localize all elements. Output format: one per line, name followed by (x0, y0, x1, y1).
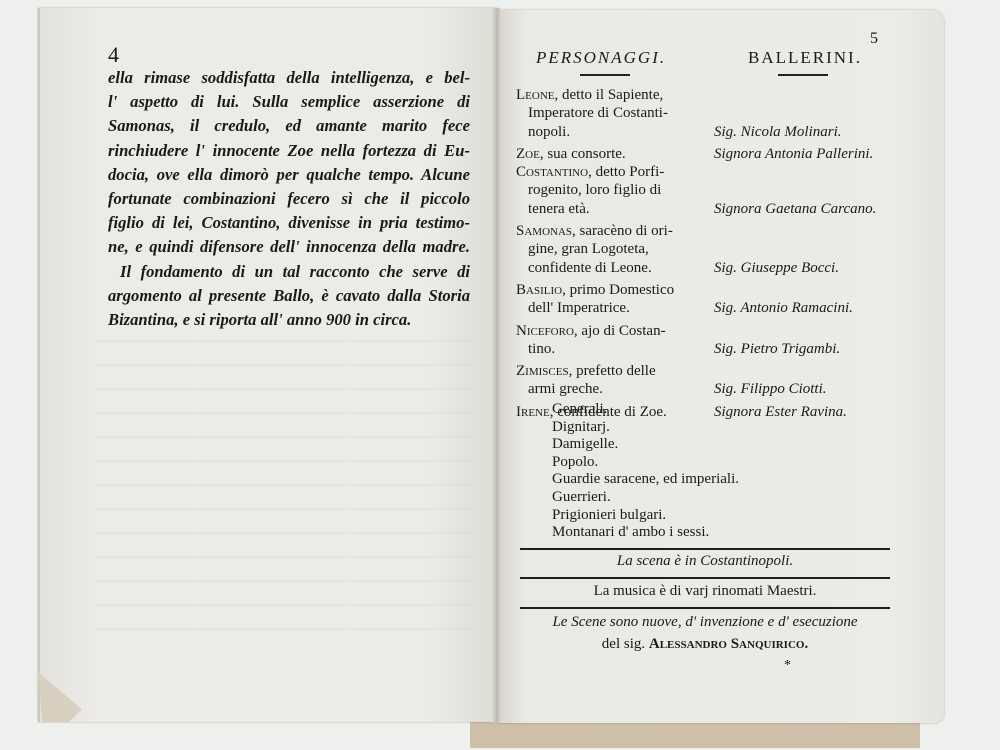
extras-item: Guardie saracene, ed imperiali. (552, 471, 739, 489)
cast-entry: Leone, detto il Sapiente,Imperatore di C… (516, 86, 916, 141)
actor-name: Sig. Antonio Ramacini. (714, 299, 853, 317)
role-description: Costantino, detto Porfi-rogenito, loro f… (516, 163, 706, 218)
text-line: rinchiudere l' innocente Zoe nella forte… (108, 139, 470, 163)
cast-entry: Basilio, primo Domesticodell' Imperatric… (516, 281, 916, 318)
role-name: Basilio (516, 282, 562, 298)
text-line: figlio di lei, Costantino, divenisse in … (108, 211, 470, 235)
role-name: Niceforo (516, 323, 574, 339)
cast-entry: Zoe, sua consorte. Signora Antonia Palle… (516, 145, 916, 163)
actor-name: Sig. Giuseppe Bocci. (714, 259, 839, 277)
paragraph-1: ella rimase soddisfatta della intelligen… (108, 66, 470, 260)
extras-item: Generali. (552, 401, 739, 419)
cast-entry: Niceforo, ajo di Costan-tino. Sig. Pietr… (516, 322, 916, 359)
role-name: Zoe (516, 146, 540, 162)
text-line: fortunate combinazioni fecero sì che il … (108, 187, 470, 211)
cast-entry: Zimisces, prefetto dellearmi greche. Sig… (516, 362, 916, 399)
role-description: Niceforo, ajo di Costan-tino. (516, 322, 706, 359)
header-rule-right (778, 74, 828, 76)
role-name: Leone (516, 87, 555, 103)
actor-name: Sig. Pietro Trigambi. (714, 340, 840, 358)
extras-item: Popolo. (552, 454, 739, 472)
header-rule-left (580, 74, 630, 76)
designer-name: Alessandro Sanquirico. (649, 636, 808, 652)
text-line: l' aspetto di lui. Sulla semplice asserz… (108, 90, 470, 114)
text-line: argomento al presente Ballo, è cavato da… (108, 284, 470, 308)
extras-item: Damigelle. (552, 436, 739, 454)
page-number-left: 4 (108, 42, 119, 68)
text-line: docia, ove ella dimorò per qualche tempo… (108, 163, 470, 187)
role-name: Zimisces (516, 363, 569, 379)
book-gutter (493, 8, 501, 723)
page-number-right: 5 (870, 30, 878, 48)
actor-name: Sig. Nicola Molinari. (714, 123, 842, 141)
actor-name: Signora Gaetana Carcano. (714, 200, 876, 218)
cast-entry: Costantino, detto Porfi-rogenito, loro f… (516, 163, 916, 218)
role-description: Zimisces, prefetto dellearmi greche. (516, 362, 706, 399)
header-personaggi: PERSONAGGI. (536, 48, 666, 68)
header-ballerini: BALLERINI. (748, 48, 862, 68)
scenery-designer-line: del sig. Alessandro Sanquirico. (520, 636, 890, 653)
paragraph-2: Il fondamento di un tal racconto che ser… (108, 260, 470, 333)
cast-entry: Samonas, saracèno di ori-gine, gran Logo… (516, 222, 916, 277)
role-description: Leone, detto il Sapiente,Imperatore di C… (516, 86, 706, 141)
divider-rule (520, 548, 890, 550)
text-line: ella rimase soddisfatta della intelligen… (108, 66, 470, 90)
role-name: Costantino (516, 164, 588, 180)
role-name: Samonas (516, 223, 572, 239)
ornament-asterisk: * (784, 658, 791, 674)
narrative-text: ella rimase soddisfatta della intelligen… (108, 66, 470, 332)
divider-rule (520, 577, 890, 579)
text-line: ne, e quindi difensore dell' innocenza d… (108, 235, 470, 259)
extras-list: Generali. Dignitarj. Damigelle. Popolo. … (552, 401, 739, 542)
role-description: Samonas, saracèno di ori-gine, gran Logo… (516, 222, 706, 277)
extras-item: Dignitarj. (552, 419, 739, 437)
extras-item: Guerrieri. (552, 489, 739, 507)
music-note: La musica è di varj rinomati Maestri. (520, 583, 890, 600)
role-description: Zoe, sua consorte. (516, 145, 706, 163)
text-line: Il fondamento di un tal racconto che ser… (108, 260, 470, 284)
scenery-note: Le Scene sono nuove, d' invenzione e d' … (520, 614, 890, 631)
bleed-through-text: ~~~~~~~~~~~~~~~~~~~~~~~~~~~~~~~~~~~~~~~~… (95, 330, 475, 660)
cast-list: Leone, detto il Sapiente,Imperatore di C… (516, 86, 916, 425)
book-cover-edge (470, 720, 920, 748)
divider-rule (520, 607, 890, 609)
text-line: Bizantina, e si riporta all' anno 900 in… (108, 308, 470, 332)
actor-name: Sig. Filippo Ciotti. (714, 380, 827, 398)
role-name: Irene (516, 404, 550, 420)
extras-item: Montanari d' ambo i sessi. (552, 524, 739, 542)
extras-item: Prigionieri bulgari. (552, 507, 739, 525)
role-description: Basilio, primo Domesticodell' Imperatric… (516, 281, 706, 318)
text-line: Samonas, il credulo, ed amante marito fe… (108, 114, 470, 138)
actor-name: Signora Antonia Pallerini. (714, 145, 873, 163)
setting-note: La scena è in Costantinopoli. (520, 553, 890, 570)
